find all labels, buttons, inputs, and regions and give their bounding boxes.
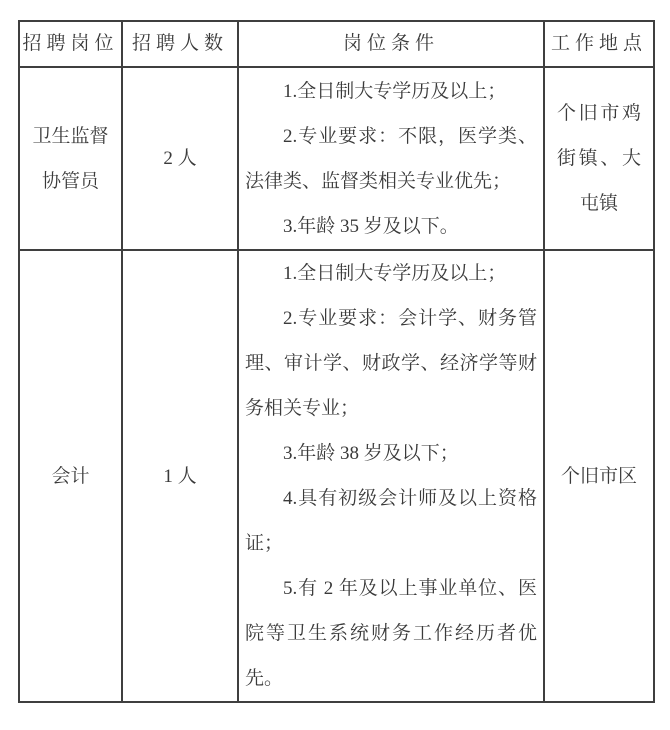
recruitment-table: 招聘岗位 招聘人数 岗位条件 工作地点 卫生监督协管员 2 人 1.全日制大专学… (18, 20, 655, 703)
condition-item: 2.专业要求：不限，医学类、法律类、监督类相关专业优先； (245, 114, 537, 204)
location-cell: 个旧市区 (544, 250, 654, 702)
condition-item: 1.全日制大专学历及以上； (245, 251, 537, 296)
position-cell: 卫生监督协管员 (19, 67, 122, 250)
document-page: 招聘岗位 招聘人数 岗位条件 工作地点 卫生监督协管员 2 人 1.全日制大专学… (18, 20, 655, 703)
headcount-cell: 1 人 (122, 250, 238, 702)
table-row: 会计 1 人 1.全日制大专学历及以上； 2.专业要求：会计学、财务管理、审计学… (19, 250, 654, 702)
header-row: 招聘岗位 招聘人数 岗位条件 工作地点 (19, 21, 654, 67)
table-row: 卫生监督协管员 2 人 1.全日制大专学历及以上； 2.专业要求：不限，医学类、… (19, 67, 654, 250)
header-cell-conditions: 岗位条件 (238, 21, 544, 67)
condition-item: 2.专业要求：会计学、财务管理、审计学、财政学、经济学等财务相关专业； (245, 296, 537, 431)
condition-item: 3.年龄 35 岁及以下。 (245, 204, 537, 249)
conditions-cell: 1.全日制大专学历及以上； 2.专业要求：不限，医学类、法律类、监督类相关专业优… (238, 67, 544, 250)
condition-item: 5.有 2 年及以上事业单位、医院等卫生系统财务工作经历者优先。 (245, 566, 537, 701)
condition-item: 3.年龄 38 岁及以下； (245, 431, 537, 476)
header-cell-location: 工作地点 (544, 21, 654, 67)
header-cell-position: 招聘岗位 (19, 21, 122, 67)
condition-item: 4.具有初级会计师及以上资格证； (245, 476, 537, 566)
condition-item: 1.全日制大专学历及以上； (245, 69, 537, 114)
headcount-cell: 2 人 (122, 67, 238, 250)
header-cell-headcount: 招聘人数 (122, 21, 238, 67)
location-cell: 个旧市鸡街镇、大屯镇 (544, 67, 654, 250)
position-cell: 会计 (19, 250, 122, 702)
conditions-cell: 1.全日制大专学历及以上； 2.专业要求：会计学、财务管理、审计学、财政学、经济… (238, 250, 544, 702)
